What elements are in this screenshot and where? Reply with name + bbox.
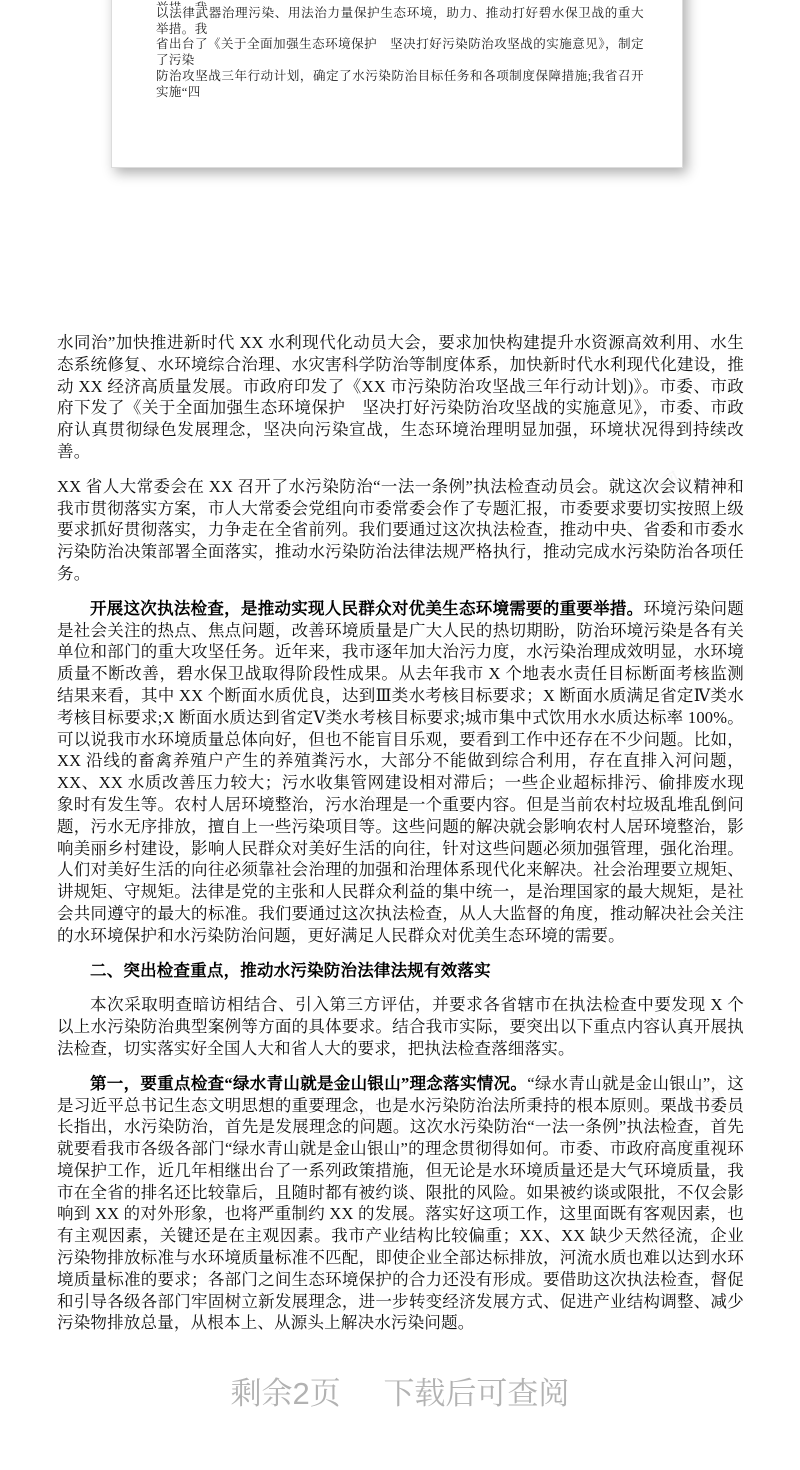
preview-page-text: 以法律武器治理污染、用法治力量保护生态环境，助力、推动打好碧水保卫战的重大举措。… [112, 0, 682, 101]
download-to-view-hint: 下载后可查阅 [383, 1368, 569, 1413]
preview-line: 省出台了《关于全面加强生态环境保护 坚决打好污染防治攻坚战的实施意见》，制定了污… [156, 37, 644, 69]
paragraph-text: 环境污染问题是社会关注的热点、焦点问题，改善环境质量是广大人民的热切期盼，防治环… [57, 599, 744, 945]
document-body: 水同治”加快推进新时代 XX 水利现代化动员大会，要求加快构建提升水资源高效利用… [57, 332, 744, 1347]
section-heading: 二、突出检查重点，推动水污染防治法律法规有效落实 [57, 960, 744, 982]
paragraph: 开展这次执法检查，是推动实现人民群众对优美生态环境需要的重要举措。环境污染问题是… [57, 598, 744, 947]
clipped-text-line: 以法律武器治理污染、用法治力量保护生态环境，助力、推动打好碧水保卫战的重大举措。… [156, 0, 644, 6]
paragraph: 水同治”加快推进新时代 XX 水利现代化动员大会，要求加快构建提升水资源高效利用… [57, 332, 744, 463]
paragraph-lead-bold: 开展这次执法检查，是推动实现人民群众对优美生态环境需要的重要举措。 [90, 599, 643, 618]
paragraph: 本次采取明查暗访相结合、引入第三方评估，并要求各省辖市在执法检查中要发现 X 个… [57, 994, 744, 1059]
paragraph: XX 省人大常委会在 XX 召开了水污染防治“一法一条例”执法检查动员会。就这次… [57, 476, 744, 585]
remaining-pages-count: 剩余2页 [231, 1368, 341, 1413]
preview-line: 以法律武器治理污染、用法治力量保护生态环境，助力、推动打好碧水保卫战的重大举措。… [156, 6, 644, 38]
paragraph-lead-bold: 第一，要重点检查“绿水青山就是金山银山”理念落实情况。 [90, 1074, 527, 1093]
paragraph-text: “绿水青山就是金山银山”，这是习近平总书记生态文明思想的重要理念，也是水污染防治… [57, 1074, 744, 1333]
document-preview-page-card: 以法律武器治理污染、用法治力量保护生态环境，助力、推动打好碧水保卫战的重大举措。… [111, 0, 683, 168]
remaining-pages-hint: 剩余2页 下载后可查阅 [0, 1368, 800, 1413]
paragraph: 第一，要重点检查“绿水青山就是金山银山”理念落实情况。“绿水青山就是金山银山”，… [57, 1073, 744, 1335]
preview-line: 防治攻坚战三年行动计划，确定了水污染防治目标任务和各项制度保障措施;我省召开实施… [156, 69, 644, 101]
